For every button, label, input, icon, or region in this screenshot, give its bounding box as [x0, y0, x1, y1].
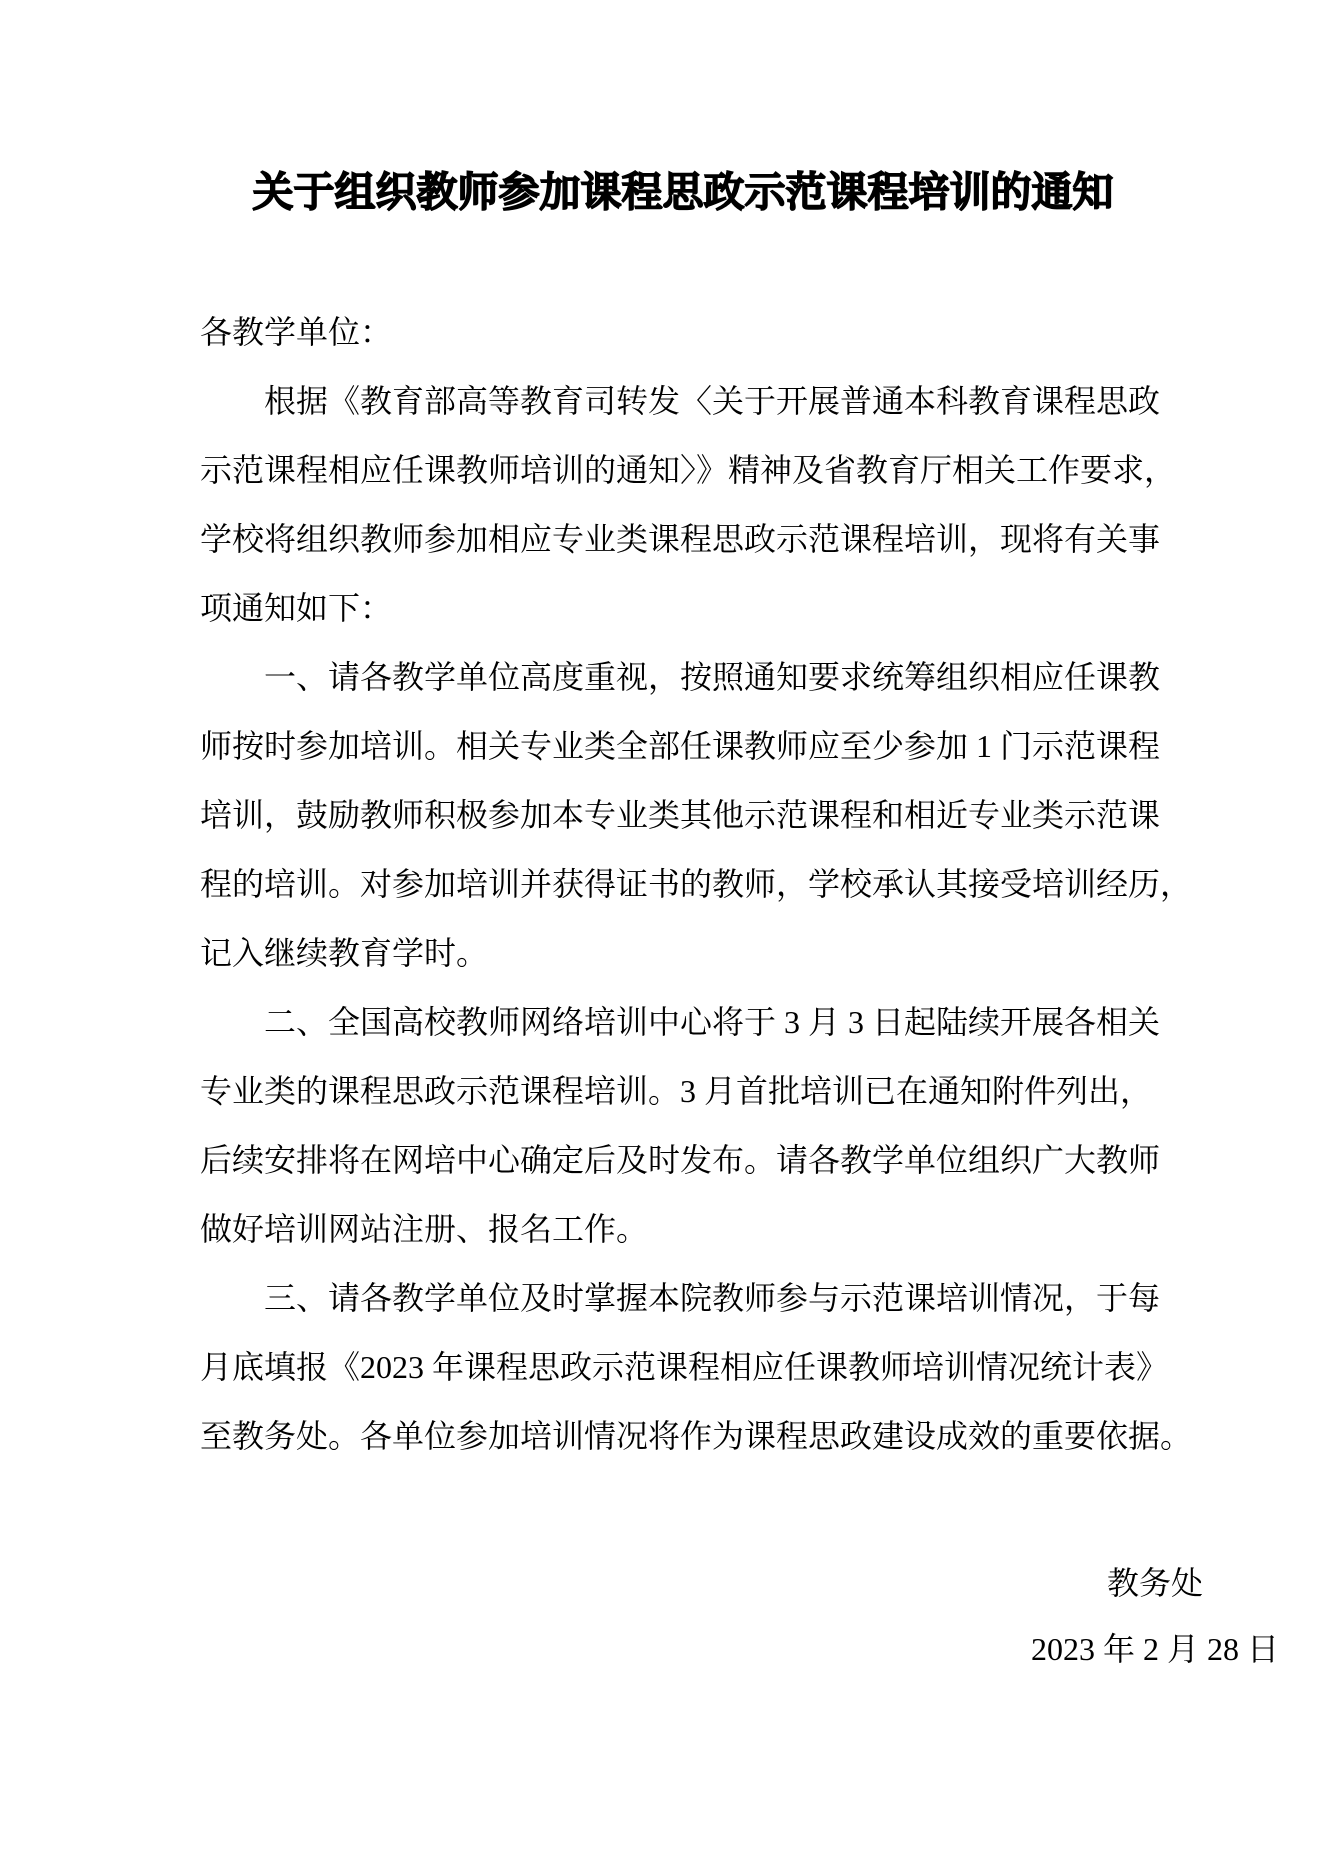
text-line: 月底填报《2023 年课程思政示范课程相应任课教师培训情况统计表》: [200, 1333, 1166, 1402]
text-line: 一、请各教学单位高度重视，按照通知要求统筹组织相应任课教: [200, 643, 1166, 712]
text-line: 示范课程相应任课教师培训的通知〉》精神及省教育厅相关工作要求，: [200, 436, 1166, 505]
text-line: 记入继续教育学时。: [200, 919, 1166, 988]
signature-block: 教务处 2023 年 2 月 28 日: [1031, 1550, 1279, 1682]
paragraph-item-2: 二、全国高校教师网络培训中心将于 3 月 3 日起陆续开展各相关专业类的课程思政…: [200, 988, 1166, 1264]
paragraph-salutation: 各教学单位：: [200, 298, 1166, 367]
text-line: 师按时参加培训。相关专业类全部任课教师应至少参加 1 门示范课程: [200, 712, 1166, 781]
paragraph-item-1: 一、请各教学单位高度重视，按照通知要求统筹组织相应任课教师按时参加培训。相关专业…: [200, 643, 1166, 988]
document-title: 关于组织教师参加课程思政示范课程培训的通知: [200, 168, 1166, 216]
text-line: 专业类的课程思政示范课程培训。3 月首批培训已在通知附件列出，: [200, 1057, 1166, 1126]
document-body: 各教学单位：根据《教育部高等教育司转发〈关于开展普通本科教育课程思政示范课程相应…: [200, 298, 1166, 1471]
text-line: 培训，鼓励教师积极参加本专业类其他示范课程和相近专业类示范课: [200, 781, 1166, 850]
text-line: 学校将组织教师参加相应专业类课程思政示范课程培训，现将有关事: [200, 505, 1166, 574]
signature-date: 2023 年 2 月 28 日: [1031, 1616, 1279, 1682]
text-line: 二、全国高校教师网络培训中心将于 3 月 3 日起陆续开展各相关: [200, 988, 1166, 1057]
text-line: 程的培训。对参加培训并获得证书的教师，学校承认其接受培训经历，: [200, 850, 1166, 919]
text-line: 三、请各教学单位及时掌握本院教师参与示范课培训情况，于每: [200, 1264, 1166, 1333]
document-page: 关于组织教师参加课程思政示范课程培训的通知 各教学单位：根据《教育部高等教育司转…: [0, 0, 1323, 1871]
paragraph-item-3: 三、请各教学单位及时掌握本院教师参与示范课培训情况，于每月底填报《2023 年课…: [200, 1264, 1166, 1471]
text-line: 做好培训网站注册、报名工作。: [200, 1195, 1166, 1264]
text-line: 后续安排将在网培中心确定后及时发布。请各教学单位组织广大教师: [200, 1126, 1166, 1195]
text-line: 根据《教育部高等教育司转发〈关于开展普通本科教育课程思政: [200, 367, 1166, 436]
text-line: 至教务处。各单位参加培训情况将作为课程思政建设成效的重要依据。: [200, 1402, 1166, 1471]
text-line: 项通知如下：: [200, 574, 1166, 643]
paragraph-intro: 根据《教育部高等教育司转发〈关于开展普通本科教育课程思政示范课程相应任课教师培训…: [200, 367, 1166, 643]
text-line: 各教学单位：: [200, 298, 1166, 367]
signature-department: 教务处: [1031, 1550, 1279, 1616]
